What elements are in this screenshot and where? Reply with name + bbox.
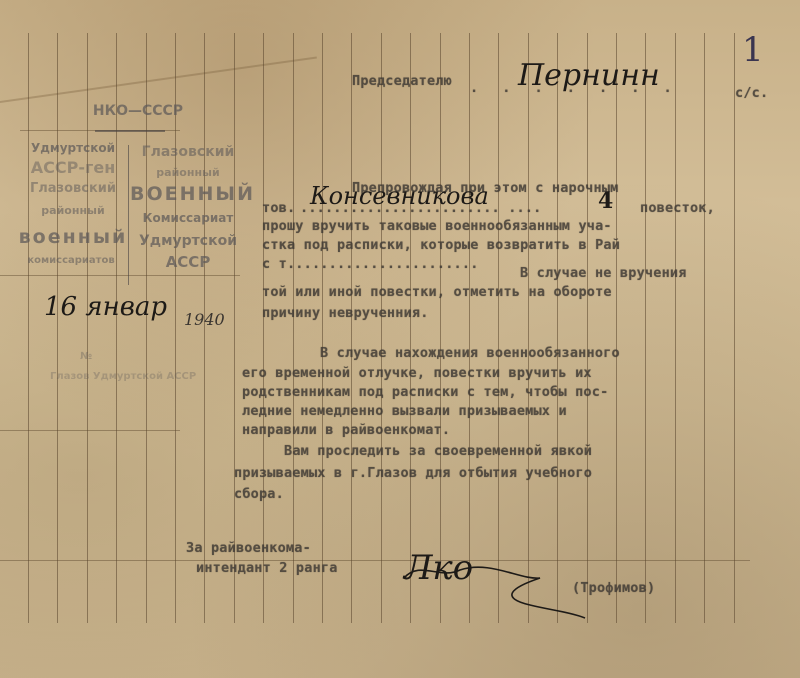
rule-line	[410, 33, 411, 623]
signatory-title-2: интендант 2 ранга	[196, 560, 338, 576]
stamp-right-5: Удмуртской	[132, 234, 244, 248]
body-line: тов.	[262, 200, 295, 216]
faint-stamp-number: №	[80, 352, 92, 362]
signatory-name: (Трофимов)	[572, 580, 655, 596]
rule-line	[116, 33, 117, 623]
signatory-title-1: За райвоенкома-	[186, 540, 311, 556]
rule-line	[322, 33, 323, 623]
rule-line	[469, 33, 470, 623]
body-line: его временной отлучке, повестки вручить …	[242, 365, 592, 381]
page-number: 1	[742, 30, 764, 70]
stamp-right-4: Комиссариат	[132, 212, 244, 224]
stamp-right-1: Глазовский	[132, 145, 244, 159]
body-line: призываемых в г.Глазов для отбытия учебн…	[234, 465, 592, 481]
rule-line	[528, 33, 529, 623]
date-year: 1940	[184, 310, 225, 329]
body-line: родственникам под расписки с тем, чтобы …	[242, 384, 608, 400]
rule-line	[645, 33, 646, 623]
signature-flourish	[400, 550, 600, 620]
stamp-right-3: ВОЕННЫЙ	[130, 185, 246, 204]
stamp-top: НКО—СССР	[88, 104, 188, 118]
body-line: прошу вручить таковые военнообязанным уч…	[262, 218, 612, 234]
rule-line	[263, 33, 264, 623]
scanned-document-page: 1 Председателю . . . . . . . Пернинн с/с…	[0, 0, 800, 678]
body-line: повесток,	[640, 200, 715, 216]
stamp-left-6: комиссариатов	[14, 256, 128, 266]
rule-line	[616, 33, 617, 623]
body-line: сбора.	[234, 486, 284, 502]
body-line: причину неврученния.	[262, 305, 429, 321]
body-line: направили в райвоенкомат.	[242, 422, 450, 438]
addressee-suffix: с/с.	[735, 85, 768, 101]
date-day-month: 16 январ	[44, 292, 167, 322]
stamp-line	[128, 145, 129, 285]
stamp-left-2: АССР-ген	[20, 160, 126, 176]
body-line: ледние немедленно вызвали призываемых и	[242, 403, 567, 419]
rule-line	[28, 33, 29, 623]
body-line: В случае не вручения	[520, 265, 687, 281]
body-line: Вам проследить за своевременной явкой	[284, 443, 592, 459]
stamp-line	[95, 130, 165, 132]
rule-line	[175, 33, 176, 623]
stamp-left-4: районный	[20, 205, 126, 216]
stamp-right-6: АССР	[132, 255, 244, 270]
rule-line	[293, 33, 294, 623]
addressee-label: Председателю	[352, 73, 452, 89]
rule-line	[381, 33, 382, 623]
addressee-handwritten-name: Пернинн	[518, 58, 660, 93]
rule-line	[234, 33, 235, 623]
stamp-left-5: военный	[18, 228, 128, 247]
handwritten-recipient-name: Конcевникова	[310, 182, 489, 210]
handwritten-summons-count: 4	[598, 188, 613, 214]
body-line: той или иной повестки, отметить на оборо…	[262, 284, 612, 300]
rule-line	[587, 33, 588, 623]
rule-line	[146, 33, 147, 623]
rule-line	[57, 33, 58, 623]
stamp-left-1: Удмуртской	[20, 142, 126, 154]
rule-line	[0, 430, 180, 431]
stamp-left-3: Глазовский	[20, 182, 126, 195]
paper-fold-crease	[0, 0, 317, 104]
faint-stamp-place: Глазов Удмуртской АССР	[50, 372, 196, 382]
rule-line	[87, 33, 88, 623]
rule-line	[440, 33, 441, 623]
rule-line	[498, 33, 499, 623]
rule-line	[675, 33, 676, 623]
body-line: стка под расписки, которые возвратить в …	[262, 237, 620, 253]
rule-line	[0, 275, 240, 276]
stamp-right-2: районный	[132, 167, 244, 178]
rule-line	[734, 33, 735, 623]
rule-line	[704, 33, 705, 623]
rule-line	[557, 33, 558, 623]
body-line: В случае нахождения военнообязанного	[320, 345, 620, 361]
body-line: с т.......................	[262, 256, 479, 272]
rule-line	[0, 560, 750, 561]
rule-line	[351, 33, 352, 623]
